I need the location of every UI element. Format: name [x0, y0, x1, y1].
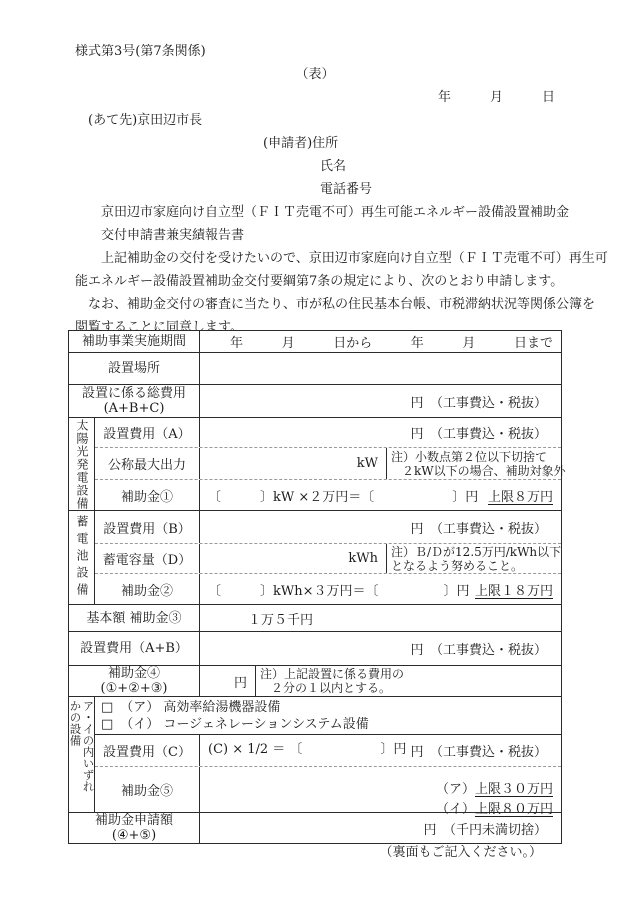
body-paragraph-line2: 能エネルギー設備設置補助金交付要綱第7条の規定により、次のとおり申請します。: [75, 275, 555, 289]
solar-group: 太陽光発電設備 設置費用（A） 円 （工事費込・税抜） 公称最大出力 kW 注）…: [69, 418, 561, 511]
solar-cost-input-area[interactable]: 円 （工事費込・税抜）: [200, 418, 561, 447]
footer-note: （裏面もご記入ください。）: [379, 845, 542, 860]
side-label: （表）: [75, 68, 555, 82]
subsidy5-formula-area[interactable]: (C) × 1/2 ＝ 〔 〕円 （ア）上限３０万円 （イ）上限８０万円: [200, 767, 561, 812]
subsidy1-formula-area[interactable]: 〔 〕kW ×２万円＝〔 〕円 上限８万円: [200, 480, 561, 510]
row-base-subsidy: 基本額 補助金③ １万５千円: [69, 605, 561, 632]
applicant-address-label[interactable]: (申請者)住所: [263, 137, 555, 151]
subsidy1-limit: 上限８万円: [488, 486, 553, 505]
battery-cost-input-area[interactable]: 円 （工事費込・税抜）: [200, 511, 561, 543]
battery-group-header: 蓄電池設備: [69, 511, 95, 604]
applicant-phone-label[interactable]: 電話番号: [320, 183, 555, 197]
row-subsidy1: 補助金① 〔 〕kW ×２万円＝〔 〕円 上限８万円: [95, 480, 561, 510]
cost-ab-input-area[interactable]: 円 （工事費込・税抜）: [200, 632, 561, 665]
document-title-line2: 交付申請書兼実績報告書: [101, 229, 555, 243]
total-cost-input-area[interactable]: 円 （工事費込・税抜）: [200, 385, 561, 417]
subsidy5-formula: (C) × 1/2 ＝ 〔 〕円: [200, 740, 561, 760]
document-title-line1: 京田辺市家庭向け自立型（ＦＩＴ売電不可）再生可能エネルギー設備設置補助金: [101, 206, 555, 220]
battery-capacity-label: 蓄電容量（D）: [95, 544, 200, 573]
row-location: 設置場所: [69, 353, 561, 385]
base-subsidy-value: １万５千円: [200, 605, 561, 631]
row-cost-ab: 設置費用（A+B） 円 （工事費込・税抜）: [69, 632, 561, 666]
document-page: 様式第3号(第7条関係) （表） 年 月 日 (あて先)京田辺市長 (申請者)住…: [0, 0, 630, 903]
document-header: 様式第3号(第7条関係) （表） 年 月 日 (あて先)京田辺市長 (申請者)住…: [75, 45, 555, 344]
checkbox-option-b[interactable]: □ （イ） コージェネレーションシステム設備: [95, 716, 561, 733]
period-day-to: 日まで: [514, 332, 553, 351]
subsidy2-label: 補助金②: [95, 574, 200, 604]
battery-capacity-note: 注）Ｂ/Ｄが12.5万円/kWh以下 となるよう努めること。: [387, 544, 561, 573]
checkbox-option-b-label: （イ） コージェネレーションシステム設備: [120, 716, 368, 733]
subsidy4-label: 補助金④ (①+②+③): [69, 666, 200, 696]
location-input-area[interactable]: [200, 353, 561, 384]
row-battery-capacity: 蓄電容量（D） kWh 注）Ｂ/Ｄが12.5万円/kWh以下 となるよう努めるこ…: [95, 544, 561, 574]
total-cost-label: 設置に係る総費用 (A+B+C): [69, 385, 200, 417]
solar-group-header: 太陽光発電設備: [69, 418, 95, 510]
solar-output-input-area[interactable]: kW: [200, 448, 387, 479]
subsidy1-formula: 〔 〕kW ×２万円＝〔 〕円: [208, 486, 478, 505]
solar-cost-label: 設置費用（A）: [95, 418, 200, 447]
period-year-from: 年: [230, 332, 243, 351]
period-month-from: 月: [282, 332, 295, 351]
subsidy1-label: 補助金①: [95, 480, 200, 510]
period-input-area[interactable]: 年 月 日から 年 月 日まで: [200, 331, 561, 352]
subsidy4-note: 注）上記設置に係る費用の ２分の１以内とする。: [256, 666, 561, 696]
subsidy2-formula-area[interactable]: 〔 〕kWh×３万円＝〔 〕円 上限１８万円: [200, 574, 561, 604]
either-group-header: かの設備 ア・イの内いずれ: [69, 697, 95, 812]
subsidy2-formula: 〔 〕kWh×３万円＝〔 〕円: [208, 580, 470, 599]
row-battery-cost: 設置費用（B） 円 （工事費込・税抜）: [95, 511, 561, 544]
subsidy4-input-area[interactable]: 円: [200, 666, 256, 696]
cost-ab-label: 設置費用（A+B）: [69, 632, 200, 665]
row-request-total: 補助金申請額 (④+⑤) 円 （千円未満切捨）: [69, 813, 561, 843]
equipment-checkbox-area: □ （ア） 高効率給湯機器設備 □ （イ） コージェネレーションシステム設備: [95, 697, 561, 734]
period-day-from: 日から: [333, 332, 372, 351]
row-subsidy2: 補助金② 〔 〕kWh×３万円＝〔 〕円 上限１８万円: [95, 574, 561, 604]
row-solar-cost: 設置費用（A） 円 （工事費込・税抜）: [95, 418, 561, 448]
checkbox-icon[interactable]: □: [101, 699, 113, 716]
addressee: (あて先)京田辺市長: [88, 114, 555, 128]
period-month-to: 月: [462, 332, 475, 351]
body-paragraph-line1: 上記補助金の交付を受けたいので、京田辺市家庭向け自立型（ＦＩＴ売電不可）再生可: [101, 252, 555, 266]
subsidy2-limit: 上限１８万円: [475, 580, 553, 599]
subsidy5-label: 補助金⑤: [95, 767, 200, 812]
row-solar-output: 公称最大出力 kW 注）小数点第２位以下切捨て ２kW以下の場合、補助対象外: [95, 448, 561, 480]
base-subsidy-label: 基本額 補助金③: [69, 605, 200, 631]
battery-cost-label: 設置費用（B）: [95, 511, 200, 543]
either-equipment-group: かの設備 ア・イの内いずれ □ （ア） 高効率給湯機器設備 □ （イ） コージェ…: [69, 697, 561, 813]
date-blank-line[interactable]: 年 月 日: [75, 91, 555, 105]
form-number: 様式第3号(第7条関係): [75, 45, 555, 59]
battery-capacity-input-area[interactable]: kWh: [200, 544, 387, 573]
request-total-input-area[interactable]: 円 （千円未満切捨）: [200, 813, 561, 843]
subsidy-table: 補助事業実施期間 年 月 日から 年 月 日まで 設置場所 設置に係る総費用 (…: [68, 330, 562, 844]
row-equipment-checkboxes: □ （ア） 高効率給湯機器設備 □ （イ） コージェネレーションシステム設備: [95, 697, 561, 735]
checkbox-option-a-label: （ア） 高効率給湯機器設備: [120, 699, 280, 716]
solar-output-label: 公称最大出力: [95, 448, 200, 479]
period-year-to: 年: [411, 332, 424, 351]
row-project-period: 補助事業実施期間 年 月 日から 年 月 日まで: [69, 331, 561, 353]
row-total-cost: 設置に係る総費用 (A+B+C) 円 （工事費込・税抜）: [69, 385, 561, 418]
checkbox-option-a[interactable]: □ （ア） 高効率給湯機器設備: [95, 699, 561, 716]
location-label: 設置場所: [69, 353, 200, 384]
request-total-label: 補助金申請額 (④+⑤): [69, 813, 200, 843]
body-paragraph-line3: なお、補助金交付の審査に当たり、市が私の住民基本台帳、市税滞納状況等関係公簿を: [88, 298, 555, 312]
either-cost-label: 設置費用（C）: [95, 735, 200, 766]
row-subsidy4: 補助金④ (①+②+③) 円 注）上記設置に係る費用の ２分の１以内とする。: [69, 666, 561, 697]
applicant-name-label[interactable]: 氏名: [320, 160, 555, 174]
row-subsidy5: 補助金⑤ (C) × 1/2 ＝ 〔 〕円 （ア）上限３０万円 （イ）上限８０万…: [95, 767, 561, 812]
solar-output-note: 注）小数点第２位以下切捨て ２kW以下の場合、補助対象外: [387, 448, 561, 479]
battery-group: 蓄電池設備 設置費用（B） 円 （工事費込・税抜） 蓄電容量（D） kWh 注）…: [69, 511, 561, 605]
checkbox-icon[interactable]: □: [101, 716, 113, 733]
subsidy5-limit-a: 上限３０万円: [475, 782, 553, 797]
period-label: 補助事業実施期間: [69, 331, 200, 352]
